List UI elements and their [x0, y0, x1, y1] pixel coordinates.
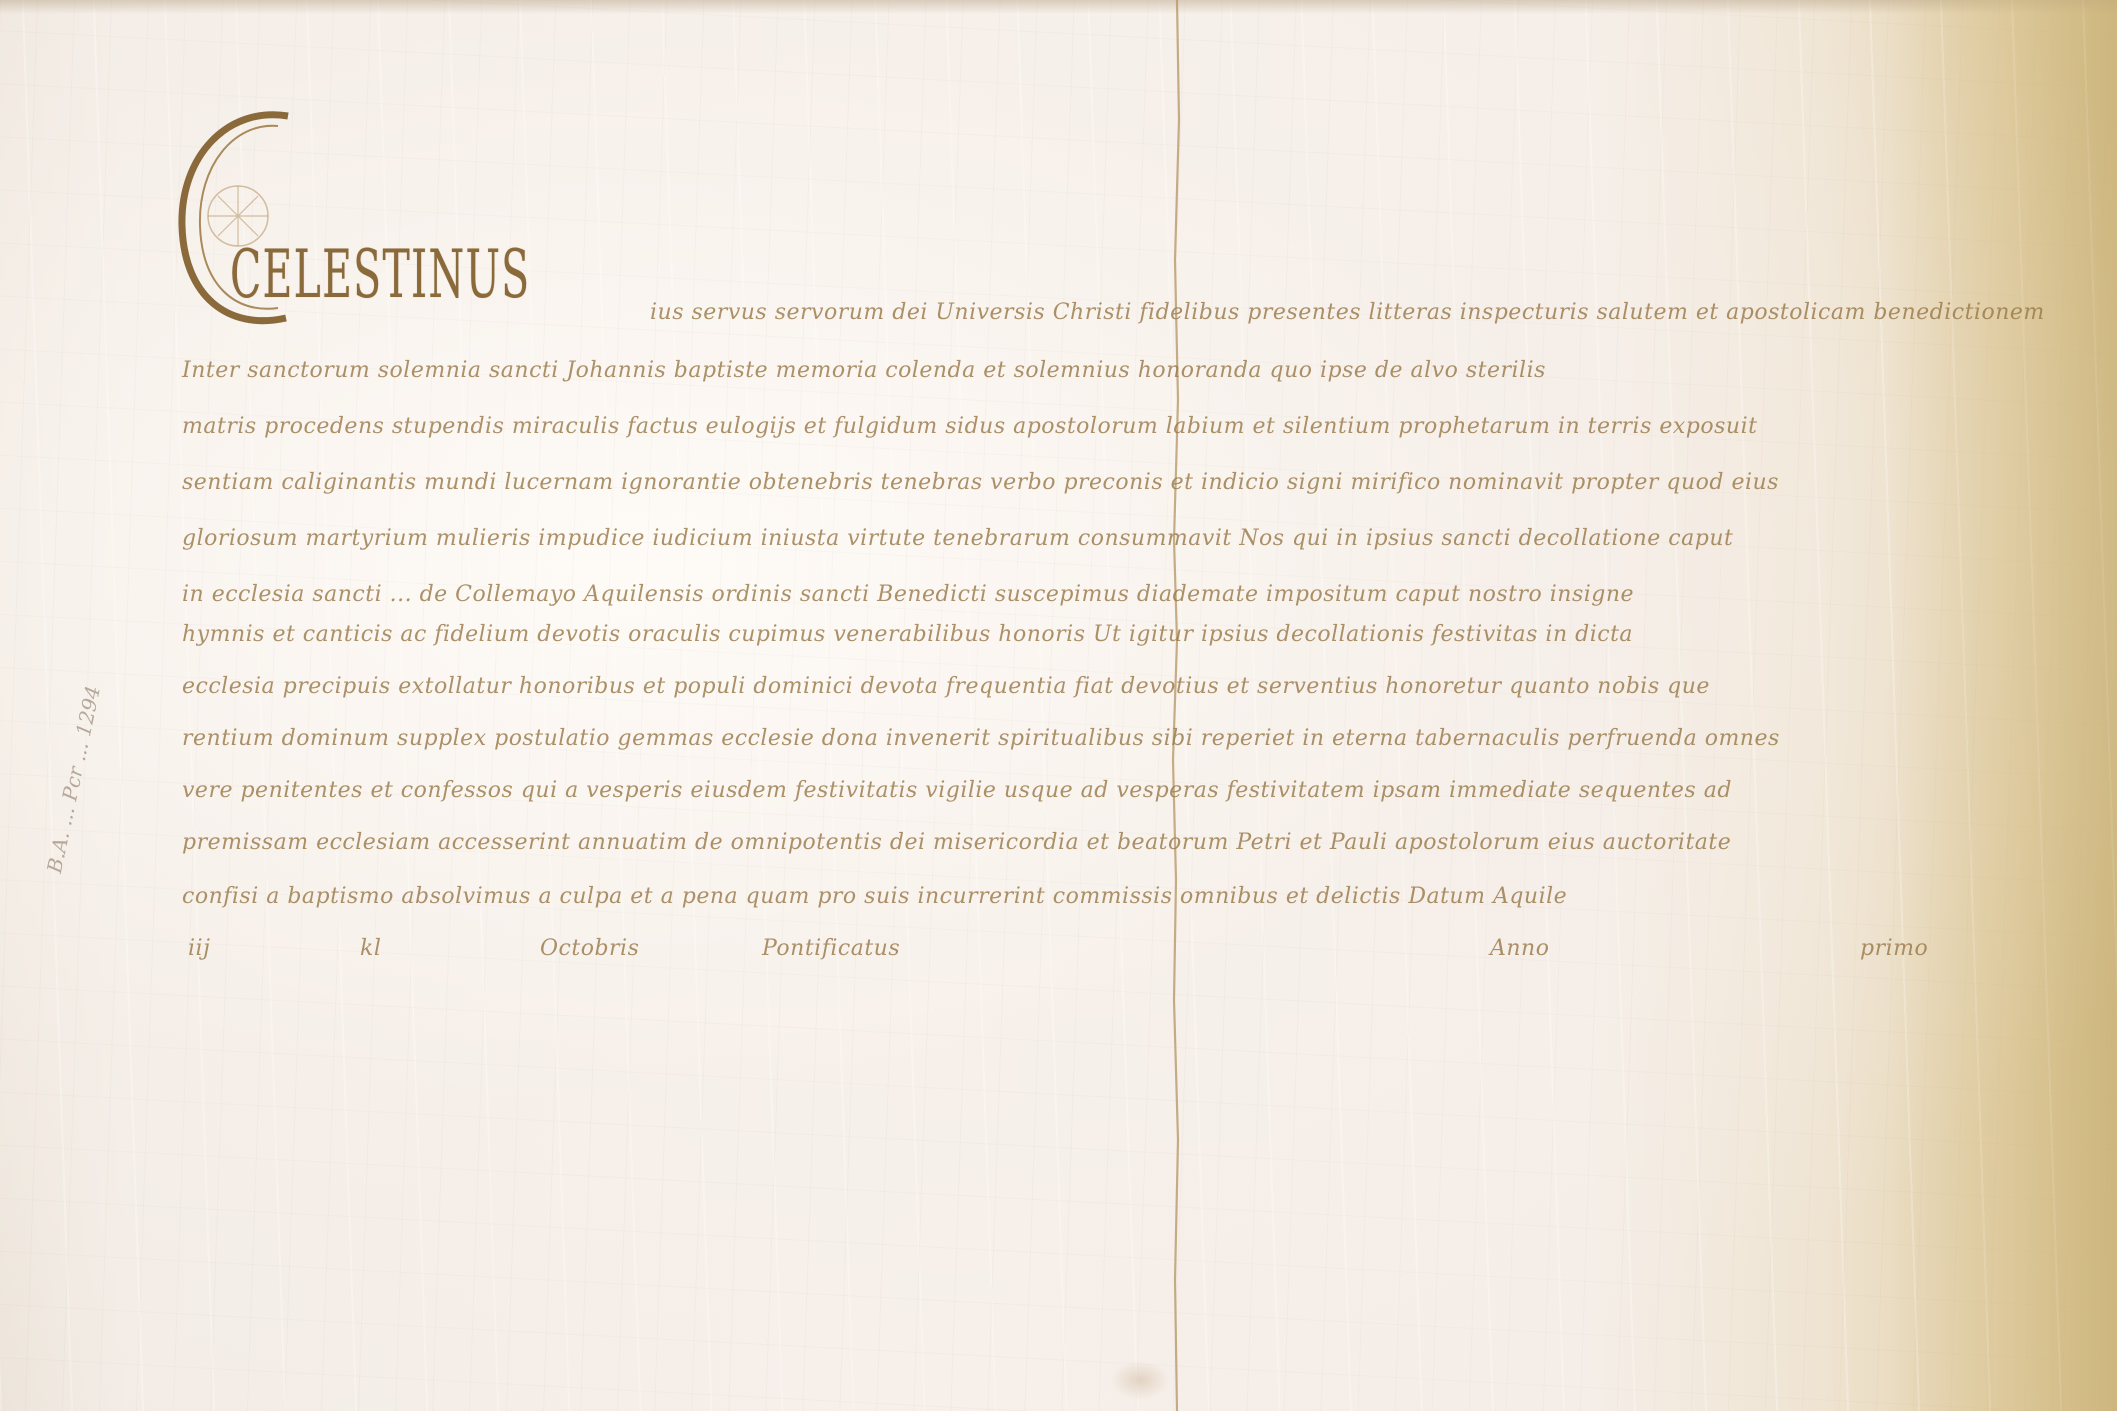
- text-line-6: in ecclesia sancti ... de Collemayo Aqui…: [182, 582, 1634, 607]
- parchment-right-stain: [1887, 0, 2117, 1411]
- fold-crease-line: [1170, 0, 1184, 1411]
- text-line-9: rentium dominum supplex postulatio gemma…: [182, 726, 1780, 751]
- parchment-top-edge: [0, 0, 2117, 14]
- document-title-word: CELESTINUS: [230, 236, 530, 313]
- bottom-stain-mark: [1110, 1360, 1170, 1400]
- dating-kalends: kl: [360, 936, 381, 961]
- text-line-10: vere penitentes et confessos qui a vespe…: [182, 778, 1732, 803]
- dating-day: iij: [188, 936, 210, 961]
- text-line-5: gloriosum martyrium mulieris impudice iu…: [182, 526, 1733, 551]
- text-line-12: confisi a baptismo absolvimus a culpa et…: [182, 884, 1567, 909]
- text-line-3: matris procedens stupendis miraculis fac…: [182, 414, 1757, 439]
- text-line-2: Inter sanctorum solemnia sancti Johannis…: [182, 358, 1546, 383]
- dating-anno: Anno: [1490, 936, 1549, 961]
- text-line-1: ius servus servorum dei Universis Christ…: [650, 300, 2045, 325]
- text-line-8: ecclesia precipuis extollatur honoribus …: [182, 674, 1710, 699]
- text-line-11: premissam ecclesiam accesserint annuatim…: [182, 830, 1731, 855]
- text-line-4: sentiam caliginantis mundi lucernam igno…: [182, 470, 1779, 495]
- dating-pontificatus: Pontificatus: [762, 936, 900, 961]
- text-line-7: hymnis et canticis ac fidelium devotis o…: [182, 622, 1633, 647]
- dating-month: Octobris: [540, 936, 639, 961]
- dating-anno-value: primo: [1860, 936, 1928, 961]
